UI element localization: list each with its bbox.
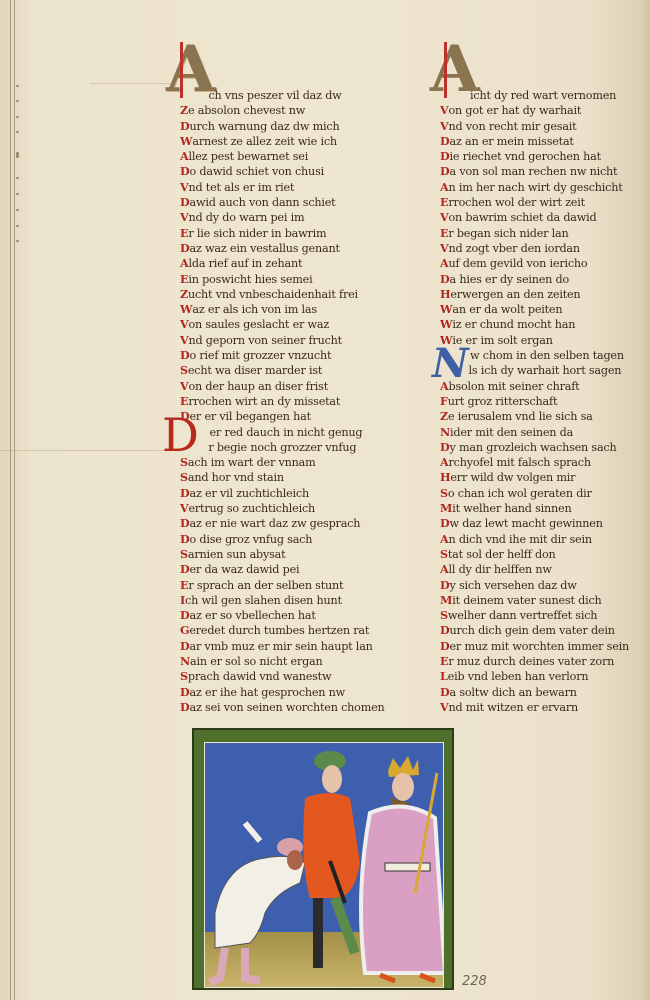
text-line: Herr wild dw volgen mir — [440, 470, 650, 485]
line-text: ll dy dir helffen nw — [448, 563, 551, 576]
line-text: welher dann vertreffet sich — [448, 609, 597, 622]
line-text: n im her nach wirt dy geschicht — [448, 181, 622, 194]
text-line: Daz er nie wart daz zw gesprach — [180, 516, 420, 531]
manuscript-page: A A D N Ach vns peszer vil daz dwZe abso… — [0, 0, 650, 1000]
line-text: er er vil begangen hat — [190, 410, 311, 423]
rubricated-letter: D — [180, 532, 190, 546]
line-text: awid auch von dann schiet — [190, 196, 336, 209]
line-text: in poswicht hies semei — [188, 273, 312, 286]
line-text: eredet durch tumbes hertzen rat — [189, 624, 369, 637]
text-line: Nider mit den seinen da — [440, 425, 650, 440]
line-text: it deinem vater sunest dich — [452, 594, 601, 607]
text-line: Errochen wirt an dy missetat — [180, 394, 420, 409]
text-line: Vnd von recht mir gesait — [440, 119, 650, 134]
text-line: Durch warnung daz dw mich — [180, 119, 420, 134]
text-line: Der red dauch in nicht genug — [180, 425, 420, 440]
line-text: icht dy red wart vernomen — [470, 89, 616, 102]
rubricated-letter: D — [440, 134, 450, 148]
line-text: a von sol man rechen nw nicht — [450, 165, 618, 178]
text-line: Sprach dawid vnd wanestw — [180, 669, 420, 684]
text-line: Da von sol man rechen nw nicht — [440, 164, 650, 179]
text-line: Warnest ze allez zeit wie ich — [180, 134, 420, 149]
line-text: nd tet als er im riet — [188, 181, 294, 194]
text-line: Von der haup an diser frist — [180, 379, 420, 394]
line-text: prach dawid vnd wanestw — [188, 670, 331, 683]
line-text: az er vil zuchtichleich — [190, 487, 309, 500]
line-text: r sprach an der selben stunt — [188, 579, 343, 592]
line-text: nd zogt vber den iordan — [448, 242, 579, 255]
miniature-background — [204, 742, 444, 988]
rubricated-letter: D — [180, 164, 190, 178]
rubricated-letter: D — [180, 608, 190, 622]
text-line: Vnd mit witzen er ervarn — [440, 700, 650, 715]
line-text: y sich versehen daz dw — [450, 579, 577, 592]
text-line: Er lie sich nider in bawrim — [180, 226, 420, 241]
text-line: Da soltw dich an bewarn — [440, 685, 650, 700]
rubricated-letter: M — [440, 501, 452, 515]
rubricated-letter: D — [180, 700, 190, 714]
line-text: lda rief auf in zehant — [188, 257, 302, 270]
rubricated-letter: D — [440, 685, 450, 699]
miniature-illustration — [192, 728, 454, 990]
line-text: tat sol der helff don — [448, 548, 556, 561]
text-line: Daz er vil zuchtichleich — [180, 486, 420, 501]
line-text: e absolon chevest nw — [188, 104, 305, 117]
line-text: az sei von seinen worchten chomen — [190, 701, 385, 714]
line-text: echt wa diser marder ist — [188, 364, 322, 377]
text-line: Leib vnd leben han verlorn — [440, 669, 650, 684]
line-text: on got er hat dy warhait — [448, 104, 581, 117]
line-text: ch wil gen slahen disen hunt — [185, 594, 342, 607]
rubricated-letter: S — [180, 669, 188, 683]
line-text: bsolon mit seiner chraft — [448, 380, 579, 393]
text-line: Er begie noch grozzer vnfug — [180, 440, 420, 455]
bent-man-figure — [210, 823, 305, 983]
rubricated-letter: M — [440, 593, 452, 607]
rubricated-letter: S — [440, 608, 448, 622]
text-line: Furt groz ritterschaft — [440, 394, 650, 409]
pricking-mark — [16, 152, 19, 158]
line-text: a soltw dich an bewarn — [450, 686, 577, 699]
text-line: Dar vmb muz er mir sein haupt lan — [180, 639, 420, 654]
text-line: Do dise groz vnfug sach — [180, 532, 420, 547]
line-text: y man grozleich wachsen sach — [450, 441, 617, 454]
text-line: Sarnien sun abysat — [180, 547, 420, 562]
rubricated-letter: D — [180, 486, 190, 500]
text-line: Der muz mit worchten immer sein — [440, 639, 650, 654]
line-text: w chom in den selben tagen — [470, 349, 624, 362]
text-line: Do rief mit grozzer vnzucht — [180, 348, 420, 363]
text-line: Ze ierusalem vnd lie sich sa — [440, 409, 650, 424]
folio-number: 228 — [462, 974, 487, 989]
text-line: An im her nach wirt dy geschicht — [440, 180, 650, 195]
line-text: ie er im solt ergan — [452, 334, 552, 347]
text-line: Absolon mit seiner chraft — [440, 379, 650, 394]
pricking-mark — [16, 85, 19, 87]
text-line: Sach im wart der vnnam — [180, 455, 420, 470]
king-figure — [361, 756, 444, 981]
line-text: llez pest bewarnet sei — [188, 150, 308, 163]
line-text: ain er sol so nicht ergan — [190, 655, 323, 668]
rubricated-letter: Z — [440, 409, 448, 423]
text-line: Vnd dy do warn pei im — [180, 210, 420, 225]
line-text: nd mit witzen er ervarn — [448, 701, 578, 714]
line-text: r began sich nider lan — [448, 227, 568, 240]
text-line: Da hies er dy seinen do — [440, 272, 650, 287]
rubricated-letter: D — [440, 440, 450, 454]
line-text: on bawrim schiet da dawid — [448, 211, 596, 224]
rubricated-letter: F — [440, 394, 448, 408]
text-column-left: Ach vns peszer vil daz dwZe absolon chev… — [180, 88, 420, 715]
text-line: Vnd zogt vber den iordan — [440, 241, 650, 256]
rubricated-letter: W — [440, 333, 452, 347]
line-text: uf dem gevild von iericho — [448, 257, 587, 270]
rubricated-letter: H — [440, 470, 450, 484]
rubricated-letter: D — [440, 272, 450, 286]
miniature-figures — [205, 743, 444, 988]
rubricated-letter: D — [440, 623, 450, 637]
rubricated-letter: D — [440, 516, 450, 530]
text-line: Errochen wol der wirt zeit — [440, 195, 650, 210]
line-text: o dawid schiet von chusi — [190, 165, 324, 178]
text-line: So chan ich wol geraten dir — [440, 486, 650, 501]
text-line: Wan er da wolt peiten — [440, 302, 650, 317]
rubricated-letter: D — [440, 164, 450, 178]
rubricated-letter: D — [180, 241, 190, 255]
line-text: nd von recht mir gesait — [448, 120, 576, 133]
gutter-line — [14, 0, 15, 1000]
rubricated-letter: D — [180, 119, 190, 133]
line-text: az er so vbellechen hat — [190, 609, 316, 622]
text-line: Von saules geslacht er waz — [180, 317, 420, 332]
text-line: Dw daz lewt macht gewinnen — [440, 516, 650, 531]
line-text: rrochen wol der wirt zeit — [448, 196, 585, 209]
rubricated-letter: D — [180, 409, 190, 423]
text-line: Ich wil gen slahen disen hunt — [180, 593, 420, 608]
text-line: Dy sich versehen daz dw — [440, 578, 650, 593]
text-line: Er sprach an der selben stunt — [180, 578, 420, 593]
rubricated-letter: S — [180, 455, 188, 469]
gutter-line — [10, 0, 11, 1000]
line-text: n dich vnd ihe mit dir sein — [448, 533, 591, 546]
ruling-line — [90, 83, 170, 84]
line-text: ertrug so zuchtichleich — [188, 502, 315, 515]
text-line: Nicht dy red wart vernomen — [440, 88, 650, 103]
text-line: Dawid auch von dann schiet — [180, 195, 420, 210]
text-line: Vnd tet als er im riet — [180, 180, 420, 195]
rubricated-letter: D — [180, 685, 190, 699]
line-text: ie riechet vnd gerochen hat — [450, 150, 601, 163]
text-line: Wiz er chund mocht han — [440, 317, 650, 332]
rubricated-letter: D — [180, 348, 190, 362]
line-text: an er da wolt peiten — [452, 303, 562, 316]
text-line: Dy man grozleich wachsen sach — [440, 440, 650, 455]
rubricated-letter: N — [180, 654, 190, 668]
line-text: arnien sun abysat — [188, 548, 286, 561]
line-text: ar vmb muz er mir sein haupt lan — [190, 640, 373, 653]
text-line: Er muz durch deines vater zorn — [440, 654, 650, 669]
text-line: Daz er ihe hat gesprochen nw — [180, 685, 420, 700]
text-line: Der da waz dawid pei — [180, 562, 420, 577]
rubricated-letter: L — [440, 669, 448, 683]
line-text: az an er mein missetat — [450, 135, 574, 148]
rubricated-letter: D — [180, 562, 190, 576]
text-line: Daz er so vbellechen hat — [180, 608, 420, 623]
rubricated-letter: D — [180, 195, 190, 209]
rubricated-letter: S — [440, 486, 448, 500]
text-line: Do dawid schiet von chusi — [180, 164, 420, 179]
line-text: erwergen an den zeiten — [450, 288, 580, 301]
line-text: o dise groz vnfug sach — [190, 533, 313, 546]
text-line: Er began sich nider lan — [440, 226, 650, 241]
line-text: eib vnd leben han verlorn — [448, 670, 589, 683]
rubricated-letter: D — [440, 149, 450, 163]
text-line: Geredet durch tumbes hertzen rat — [180, 623, 420, 638]
line-text: ach im wart der vnnam — [188, 456, 316, 469]
line-text: iz er chund mocht han — [452, 318, 575, 331]
line-text: it welher hand sinnen — [452, 502, 571, 515]
line-text: o rief mit grozzer vnzucht — [190, 349, 332, 362]
line-text: nd geporn von seiner frucht — [188, 334, 341, 347]
line-text: r begie noch grozzer vnfug — [208, 441, 356, 454]
rubricated-letter: Z — [180, 103, 188, 117]
line-text: ider mit den seinen da — [450, 426, 573, 439]
rubricated-letter: D — [180, 639, 190, 653]
text-line: Ze absolon chevest nw — [180, 103, 420, 118]
text-line: Nain er sol so nicht ergan — [180, 654, 420, 669]
text-line: Daz waz ein vestallus genant — [180, 241, 420, 256]
line-text: on der haup an diser frist — [188, 380, 328, 393]
rubricated-letter: D — [180, 516, 190, 530]
line-text: az er nie wart daz zw gesprach — [190, 517, 361, 530]
line-text: r muz durch deines vater zorn — [448, 655, 614, 668]
line-text: and hor vnd stain — [188, 471, 284, 484]
pricking-mark — [16, 100, 19, 102]
line-text: er red dauch in nicht genug — [210, 426, 363, 439]
line-text: ch vns peszer vil daz dw — [208, 89, 341, 102]
line-text: er muz mit worchten immer sein — [450, 640, 630, 653]
man-in-orange-figure — [303, 751, 360, 968]
line-text: rrochen wirt an dy missetat — [188, 395, 340, 408]
ruling-line — [0, 450, 175, 451]
text-line: Vertrug so zuchtichleich — [180, 501, 420, 516]
text-line: An dich vnd ihe mit dir sein — [440, 532, 650, 547]
line-text: on saules geslacht er waz — [188, 318, 329, 331]
line-text: a hies er dy seinen do — [450, 273, 570, 286]
pricking-mark — [16, 116, 19, 118]
line-text: rchyofel mit falsch sprach — [448, 456, 590, 469]
text-line: Die riechet vnd gerochen hat — [440, 149, 650, 164]
rubricated-letter: S — [440, 547, 448, 561]
line-text: arnest ze allez zeit wie ich — [192, 135, 337, 148]
text-line: Mit deinem vater sunest dich — [440, 593, 650, 608]
pricking-mark — [16, 193, 19, 195]
rubricated-letter: G — [180, 623, 189, 637]
line-text: ls ich dy warhait hort sagen — [468, 364, 621, 377]
rubricated-letter: W — [440, 317, 452, 331]
rubricated-letter: D — [440, 578, 450, 592]
text-line: Durch dich gein dem vater dein — [440, 623, 650, 638]
text-line: All dy dir helffen nw — [440, 562, 650, 577]
text-line: Als ich dy warhait hort sagen — [440, 363, 650, 378]
pricking-mark — [16, 131, 19, 133]
rubricated-letter: S — [180, 363, 188, 377]
text-line: Herwergen an den zeiten — [440, 287, 650, 302]
text-line: Swelher dann vertreffet sich — [440, 608, 650, 623]
text-line: Secht wa diser marder ist — [180, 363, 420, 378]
text-column-right: Nicht dy red wart vernomenVon got er hat… — [440, 88, 650, 715]
line-text: er da waz dawid pei — [190, 563, 300, 576]
text-line: Vnd geporn von seiner frucht — [180, 333, 420, 348]
text-line: Der er vil begangen hat — [180, 409, 420, 424]
rubricated-letter: Z — [180, 287, 188, 301]
text-line: Zucht vnd vnbeschaidenhait frei — [180, 287, 420, 302]
rubricated-letter: S — [180, 470, 188, 484]
text-line: Von got er hat dy warhait — [440, 103, 650, 118]
line-text: err wild dw volgen mir — [450, 471, 575, 484]
rubricated-letter: W — [180, 134, 192, 148]
line-text: az waz ein vestallus genant — [190, 242, 340, 255]
rubricated-letter: S — [180, 547, 188, 561]
line-text: ucht vnd vnbeschaidenhait frei — [188, 288, 358, 301]
text-line: Auf dem gevild von iericho — [440, 256, 650, 271]
line-text: r lie sich nider in bawrim — [188, 227, 326, 240]
text-line: Allez pest bewarnet sei — [180, 149, 420, 164]
line-text: az er ihe hat gesprochen nw — [190, 686, 346, 699]
line-text: o chan ich wol geraten dir — [448, 487, 592, 500]
line-text: urch warnung daz dw mich — [190, 120, 340, 133]
text-line: Wie er im solt ergan — [440, 333, 650, 348]
text-line: Nw chom in den selben tagen — [440, 348, 650, 363]
rubricated-letter: H — [440, 287, 450, 301]
text-line: Von bawrim schiet da dawid — [440, 210, 650, 225]
pricking-mark — [16, 177, 19, 179]
text-line: Daz sei von seinen worchten chomen — [180, 700, 420, 715]
rubricated-letter: W — [440, 302, 452, 316]
text-line: Alda rief auf in zehant — [180, 256, 420, 271]
text-line: Ach vns peszer vil daz dw — [180, 88, 420, 103]
rubricated-letter: N — [440, 425, 450, 439]
rubricated-letter: D — [440, 639, 450, 653]
text-line: Waz er als ich von im las — [180, 302, 420, 317]
line-text: w daz lewt macht gewinnen — [450, 517, 603, 530]
line-text: e ierusalem vnd lie sich sa — [448, 410, 593, 423]
line-text: az er als ich von im las — [192, 303, 317, 316]
pricking-mark — [16, 209, 19, 211]
line-text: urt groz ritterschaft — [448, 395, 558, 408]
text-line: Archyofel mit falsch sprach — [440, 455, 650, 470]
text-line: Stat sol der helff don — [440, 547, 650, 562]
line-text: urch dich gein dem vater dein — [450, 624, 615, 637]
text-line: Sand hor vnd stain — [180, 470, 420, 485]
line-text: nd dy do warn pei im — [188, 211, 304, 224]
rubricated-letter: W — [180, 302, 192, 316]
text-line: Ein poswicht hies semei — [180, 272, 420, 287]
pricking-mark — [16, 240, 19, 242]
text-line: Daz an er mein missetat — [440, 134, 650, 149]
text-line: Mit welher hand sinnen — [440, 501, 650, 516]
pricking-mark — [16, 225, 19, 227]
